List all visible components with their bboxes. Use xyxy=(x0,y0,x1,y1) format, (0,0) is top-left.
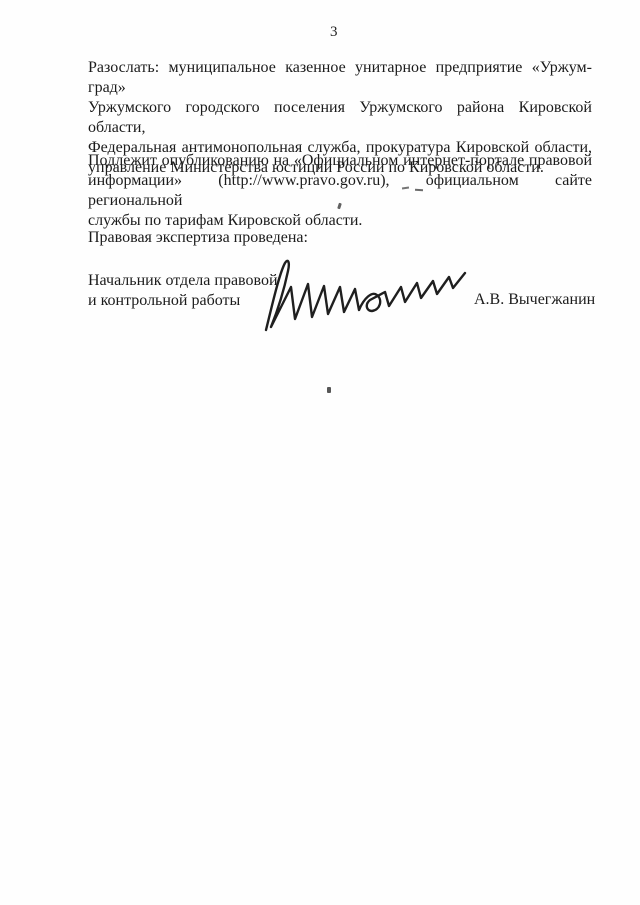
paragraph-line: Уржумского городского поселения Уржумско… xyxy=(88,98,592,138)
signatory-position-line1: Начальник отдела правовой xyxy=(88,271,278,291)
scan-artifact xyxy=(327,387,331,393)
legal-expertise-line: Правовая экспертиза проведена: xyxy=(88,228,592,248)
paragraph-line: Разослать: муниципальное казенное унитар… xyxy=(88,58,592,98)
page-number: 3 xyxy=(330,24,338,41)
signatory-position: Начальник отдела правовой и контрольной … xyxy=(88,271,278,311)
document-page: 3 Разослать: муниципальное казенное унит… xyxy=(0,0,640,905)
handwritten-signature-icon xyxy=(258,256,473,336)
signatory-name: А.В. Вычегжанин xyxy=(474,291,595,309)
signatory-position-line2: и контрольной работы xyxy=(88,291,278,311)
paragraph-line: Правовая экспертиза проведена: xyxy=(88,228,592,248)
paragraph-line: Подлежит опубликованию на «Официальном и… xyxy=(88,151,592,171)
publication-paragraph: Подлежит опубликованию на «Официальном и… xyxy=(88,151,592,231)
